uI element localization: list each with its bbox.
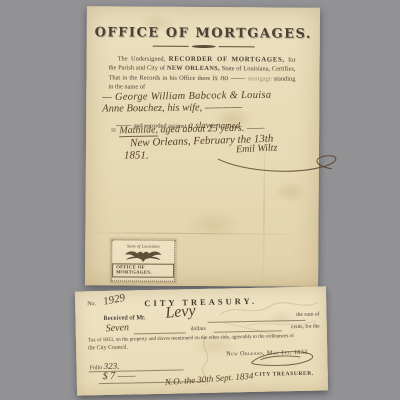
cents-label: cents, for the: [291, 324, 320, 331]
sum-of-label: the sum of: [296, 312, 319, 318]
folio-line: Folio 323.: [89, 361, 119, 372]
handwritten-name-line-1: — George William Babcock & Louisa: [102, 90, 271, 103]
certificate-body-text: The Undersigned, RECORDER OF MORTGAGES, …: [108, 54, 295, 92]
treasurer-signature-flourish: [244, 347, 318, 371]
eagle-icon: [123, 249, 163, 262]
photo-background: OFFICE OF MORTGAGES. The Undersigned, RE…: [0, 0, 400, 400]
body-new-orleans: NEW ORLEANS,: [167, 65, 220, 72]
handwritten-folio-value: 323.: [104, 361, 120, 371]
body-recorder-of-mortgages: RECORDER OF MORTGAGES,: [169, 56, 285, 64]
received-of-label: Received of Mr.: [103, 314, 145, 322]
body-undersigned: The Undersigned,: [118, 55, 169, 62]
fold-crease-horizontal: [85, 232, 318, 235]
stamp-state-label: State of Louisiana: [127, 243, 160, 248]
handwritten-is: is: [212, 73, 220, 82]
body-mortgage-faded: mortgage: [248, 75, 274, 82]
handwritten-no: no ——: [220, 73, 247, 82]
city-treasury-receipt-paper: No. 1929 CITY TREASURY. Received of Mr. …: [75, 286, 328, 395]
city-council-line: the City Council.: [88, 345, 128, 352]
handwritten-name-line-2: Anne Bouchez, his wife, ————: [102, 102, 242, 114]
office-of-mortgages-stamp: State of Louisiana OFFICE OF MORTGAGES.: [111, 239, 175, 281]
dollars-label: dollars: [191, 326, 206, 332]
blank-line: [134, 332, 186, 334]
certificate-title: OFFICE OF MORTGAGES.: [87, 25, 320, 42]
stamp-office-label: OFFICE OF MORTGAGES.: [112, 263, 174, 277]
mortgage-certificate-paper: OFFICE OF MORTGAGES. The Undersigned, RE…: [85, 6, 320, 287]
city-treasurer-label: CITY TREASURER.: [255, 371, 314, 378]
handwritten-payer-name: Levy: [165, 302, 197, 323]
signature-flourish: [214, 151, 344, 178]
handwritten-year: 1851.: [124, 149, 149, 161]
handwritten-slave-name: Mathilde,: [119, 124, 158, 137]
handwritten-amount-value: $ 7 ——: [103, 370, 136, 382]
ornament-divider: [87, 44, 320, 49]
handwritten-amount-words: Seven: [105, 322, 129, 334]
